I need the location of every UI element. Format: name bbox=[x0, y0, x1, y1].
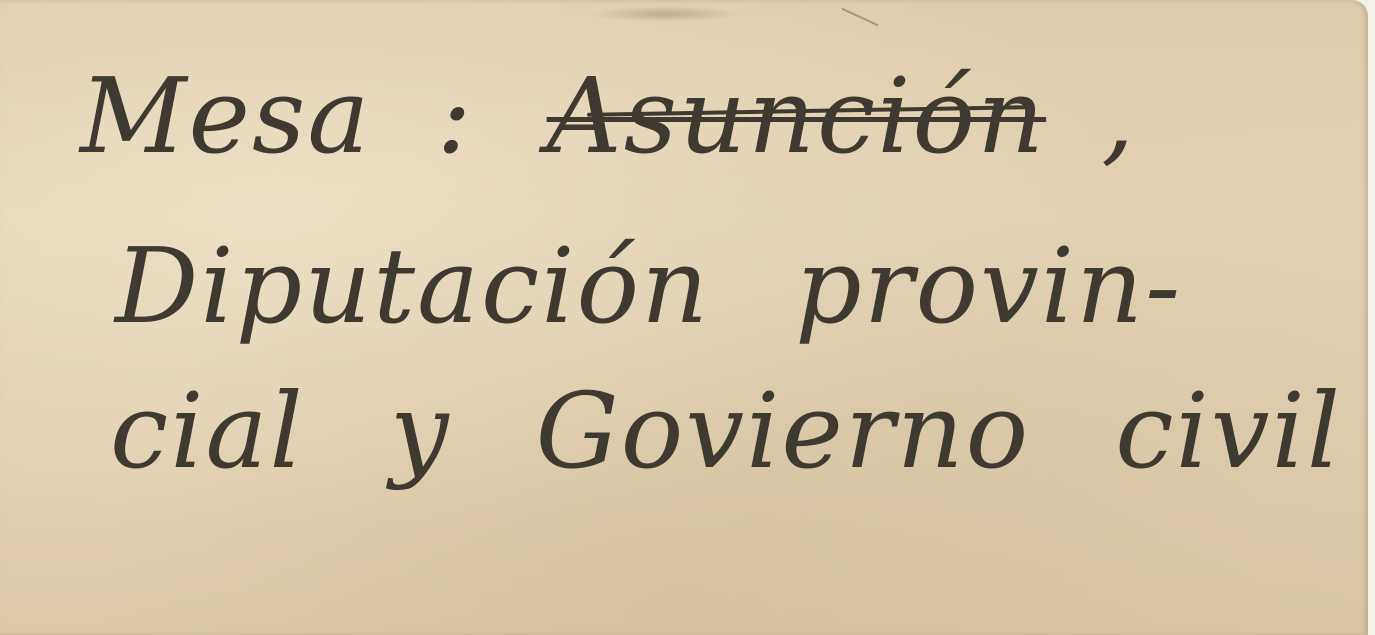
word-y: y bbox=[390, 370, 451, 492]
archival-card: Mesa : Asunción , Diputación provin- cia… bbox=[0, 0, 1368, 635]
handwritten-line-2: Diputación provin- bbox=[115, 225, 1232, 347]
struck-through-word: Asunción bbox=[547, 55, 1047, 177]
paper-mark bbox=[841, 8, 878, 27]
word-diputacion: Diputación bbox=[115, 225, 710, 347]
word-cial: cial bbox=[110, 370, 305, 492]
trailing-comma: , bbox=[1101, 55, 1136, 177]
word-provin: provin- bbox=[795, 225, 1182, 347]
separator-colon: : bbox=[436, 55, 473, 177]
word-civil: civil bbox=[1115, 370, 1342, 492]
ink-smudge bbox=[590, 6, 740, 22]
handwritten-line-3: cial y Govierno civil bbox=[110, 370, 1375, 492]
handwritten-line-1: Mesa : Asunción , bbox=[80, 55, 1136, 177]
field-label-mesa: Mesa bbox=[80, 55, 371, 177]
word-govierno: Govierno bbox=[536, 370, 1031, 492]
